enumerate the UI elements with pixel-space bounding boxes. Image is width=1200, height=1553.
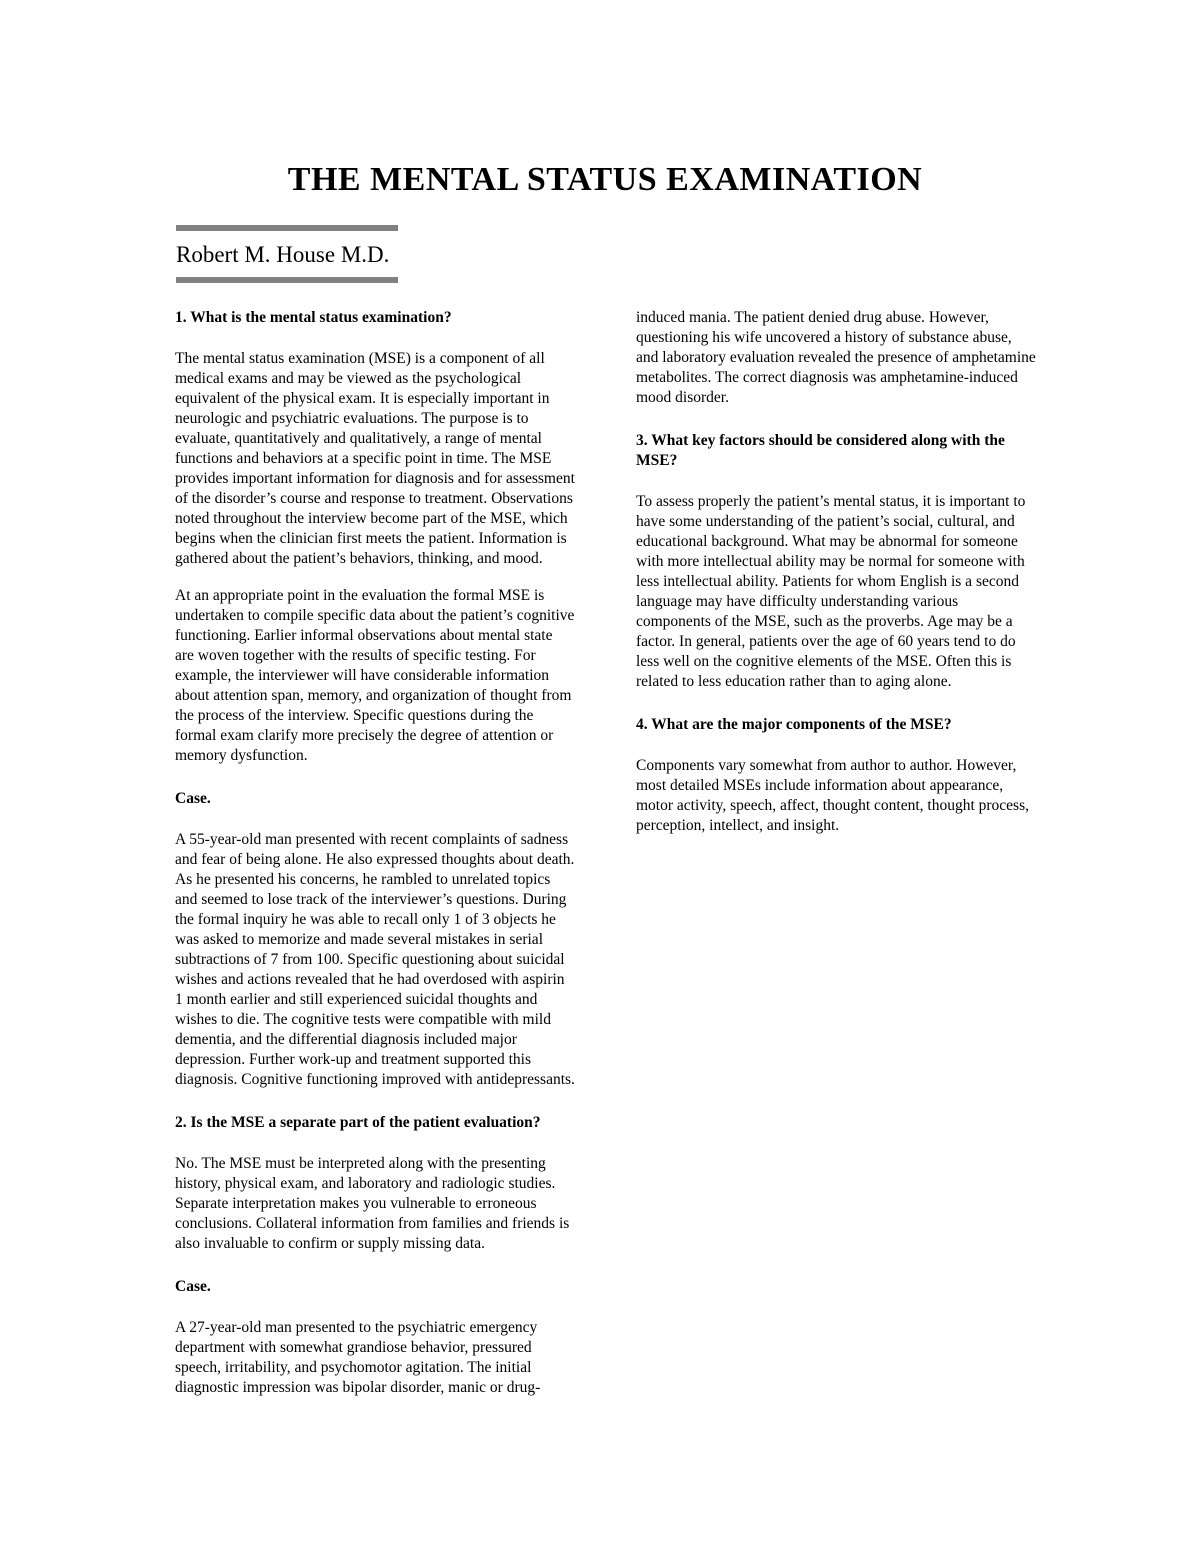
section-2-heading: 2. Is the MSE a separate part of the pat…: [175, 1113, 575, 1133]
author-rule-top: [176, 225, 398, 231]
section-1-heading: 1. What is the mental status examination…: [175, 308, 575, 328]
case-label-2: Case.: [175, 1277, 575, 1297]
section-4-paragraph: Components vary somewhat from author to …: [636, 756, 1036, 836]
section-3-paragraph: To assess properly the patient’s mental …: [636, 492, 1036, 692]
case-2-paragraph-start: A 27-year-old man presented to the psych…: [175, 1318, 575, 1398]
document-page: THE MENTAL STATUS EXAMINATION Robert M. …: [0, 0, 1200, 1553]
author-block: Robert M. House M.D.: [176, 225, 398, 283]
case-1-paragraph: A 55-year-old man presented with recent …: [175, 830, 575, 1090]
document-title: THE MENTAL STATUS EXAMINATION: [175, 161, 1035, 199]
section-1-paragraph-2: At an appropriate point in the evaluatio…: [175, 586, 575, 766]
section-1-paragraph-1: The mental status examination (MSE) is a…: [175, 349, 575, 569]
author-name: Robert M. House M.D.: [176, 242, 398, 268]
case-2-paragraph-continued: induced mania. The patient denied drug a…: [636, 308, 1036, 408]
left-column: 1. What is the mental status examination…: [175, 308, 575, 1398]
section-3-heading: 3. What key factors should be considered…: [636, 431, 1036, 471]
section-4-heading: 4. What are the major components of the …: [636, 715, 1036, 735]
author-rule-bottom: [176, 277, 398, 283]
case-label-1: Case.: [175, 789, 575, 809]
section-2-paragraph: No. The MSE must be interpreted along wi…: [175, 1154, 575, 1254]
right-column: induced mania. The patient denied drug a…: [636, 308, 1036, 836]
two-column-body: 1. What is the mental status examination…: [175, 308, 1036, 1398]
